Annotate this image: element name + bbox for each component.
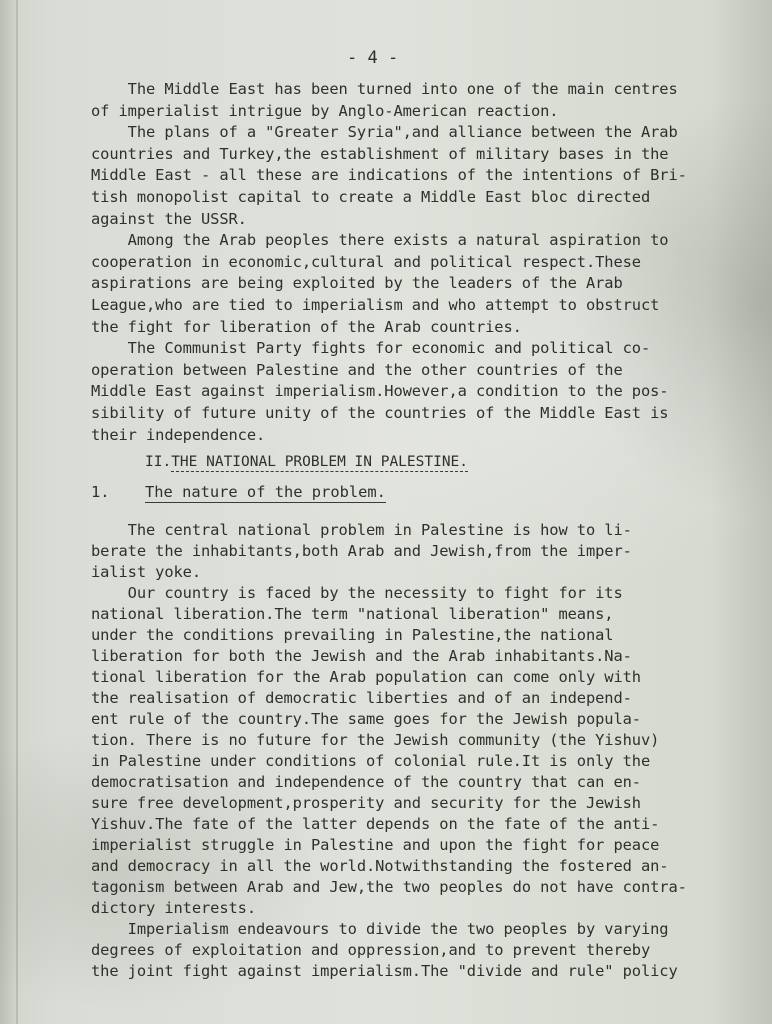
- text-line: the joint fight against imperialism.The …: [91, 961, 678, 981]
- text-line: operation between Palestine and the othe…: [91, 360, 623, 380]
- text-line: against the USSR.: [91, 209, 247, 229]
- text-line: the realisation of democratic liberties …: [91, 688, 632, 708]
- text-line: Among the Arab peoples there exists a na…: [91, 230, 668, 250]
- text-line: Yishuv.The fate of the latter depends on…: [91, 814, 659, 834]
- section-heading: II.THE NATIONAL PROBLEM IN PALESTINE.: [145, 452, 468, 472]
- text-line: berate the inhabitants,both Arab and Jew…: [91, 541, 632, 561]
- text-line: dictory interests.: [91, 898, 256, 918]
- subsection-title: The nature of the problem.: [145, 482, 386, 503]
- subsection-number: 1.: [91, 482, 110, 502]
- text-line: The Communist Party fights for economic …: [91, 338, 650, 358]
- text-line: their independence.: [91, 425, 265, 445]
- text-line: tagonism between Arab and Jew,the two pe…: [91, 877, 687, 897]
- text-line: Middle East against imperialism.However,…: [91, 381, 668, 401]
- text-line: The central national problem in Palestin…: [91, 520, 632, 540]
- text-line: countries and Turkey,the establishment o…: [91, 144, 668, 164]
- text-line: tional liberation for the Arab populatio…: [91, 667, 641, 687]
- paper-crease: [16, 0, 18, 1024]
- text-line: imperialist struggle in Palestine and up…: [91, 835, 659, 855]
- text-line: League,who are tied to imperialism and w…: [91, 295, 659, 315]
- text-line: sibility of future unity of the countrie…: [91, 403, 668, 423]
- text-line: Our country is faced by the necessity to…: [91, 583, 623, 603]
- text-line: cooperation in economic,cultural and pol…: [91, 252, 641, 272]
- text-line: democratisation and independence of the …: [91, 772, 641, 792]
- text-line: ent rule of the country.The same goes fo…: [91, 709, 641, 729]
- text-line: The plans of a "Greater Syria",and allia…: [91, 122, 678, 142]
- text-line: tish monopolist capital to create a Midd…: [91, 187, 650, 207]
- text-line: ialist yoke.: [91, 562, 201, 582]
- text-line: of imperialist intrigue by Anglo-America…: [91, 101, 558, 121]
- section-heading-number: II.: [145, 454, 171, 470]
- text-line: degrees of exploitation and oppression,a…: [91, 940, 650, 960]
- text-line: in Palestine under conditions of colonia…: [91, 751, 650, 771]
- text-line: national liberation.The term "national l…: [91, 604, 613, 624]
- text-line: The Middle East has been turned into one…: [91, 79, 678, 99]
- text-line: and democracy in all the world.Notwithst…: [91, 856, 668, 876]
- text-line: sure free development,prosperity and sec…: [91, 793, 641, 813]
- text-line: tion. There is no future for the Jewish …: [91, 730, 659, 750]
- section-heading-title: THE NATIONAL PROBLEM IN PALESTINE.: [171, 454, 468, 472]
- text-line: Middle East - all these are indications …: [91, 165, 687, 185]
- text-line: aspirations are being exploited by the l…: [91, 273, 623, 293]
- text-line: under the conditions prevailing in Pales…: [91, 625, 613, 645]
- text-line: Imperialism endeavours to divide the two…: [91, 919, 668, 939]
- page-number: - 4 -: [347, 48, 398, 68]
- text-line: the fight for liberation of the Arab cou…: [91, 317, 522, 337]
- text-line: liberation for both the Jewish and the A…: [91, 646, 632, 666]
